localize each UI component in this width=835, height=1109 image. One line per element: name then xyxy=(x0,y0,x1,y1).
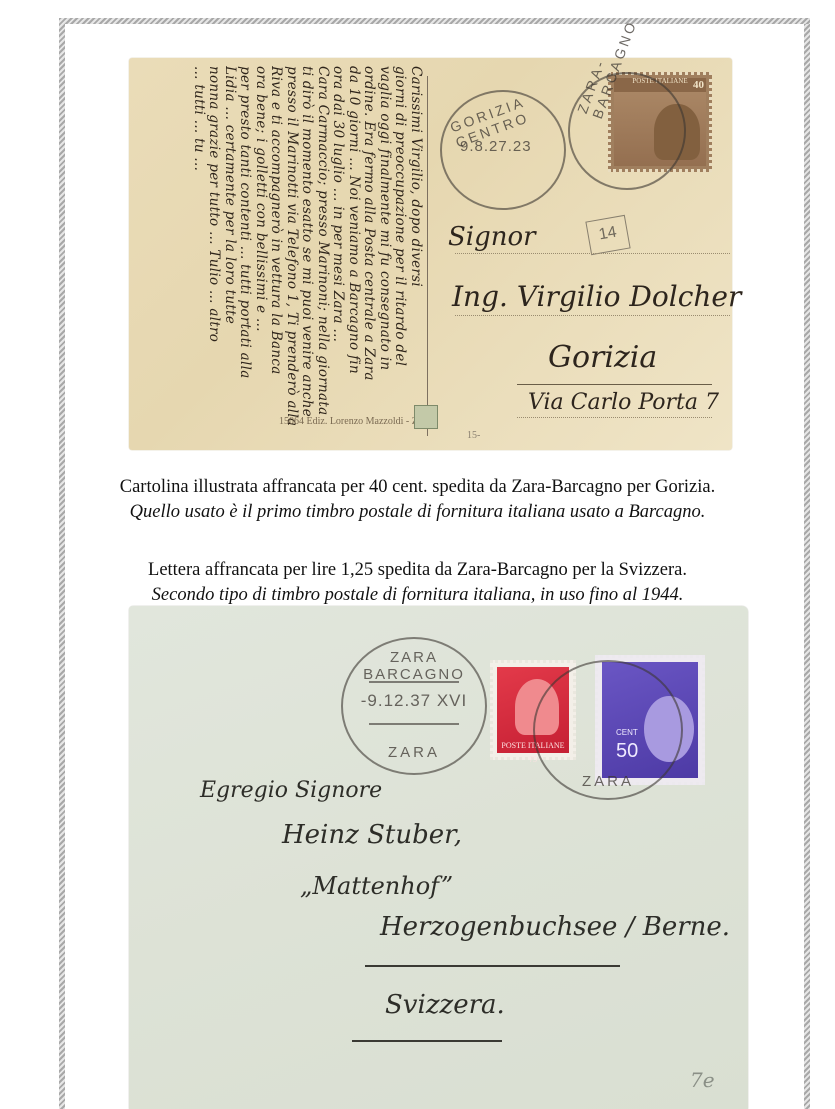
postcard-message: Carissimi Virgilio, dopo diversigiorni d… xyxy=(137,66,423,426)
postcard-address-name: Ing. Virgilio Dolcher xyxy=(452,280,741,313)
envelope-city: Herzogenbuchsee / Berne. xyxy=(380,912,730,942)
caption-envelope: Lettera affrancata per lire 1,25 spedita… xyxy=(0,558,835,608)
message-line: Riva e ti accompagnerò in vettura la Ban… xyxy=(268,66,284,426)
caption-postcard-line1: Cartolina illustrata affrancata per 40 c… xyxy=(0,475,835,500)
postmark-bottom-text: ZARA xyxy=(343,744,485,761)
message-line: ora bene; i golletti con bellissimi e ..… xyxy=(253,66,269,426)
publisher-logo-icon xyxy=(414,405,438,429)
message-line: presso il Marinotti via Telefono 1, Ti p… xyxy=(284,66,300,426)
envelope-name: Heinz Stuber, xyxy=(282,820,462,850)
message-line: Carissimi Virgilio, dopo diversi xyxy=(408,66,424,426)
message-line: Cara Carmaccio; presso Marinoni; nella g… xyxy=(315,66,331,426)
message-line: ... tutti ... tu ... xyxy=(191,66,207,426)
caption-postcard: Cartolina illustrata affrancata per 40 c… xyxy=(0,475,835,525)
postmark-date: 9.8.27.23 xyxy=(460,138,532,155)
envelope-house: „Mattenhof” xyxy=(300,872,453,900)
postmark-top-text: ZARA BARCAGNO xyxy=(343,649,485,683)
message-line: vaglia oggi finalmente mi fu consegnato … xyxy=(377,66,393,426)
postmark-zara-barcagno-1937: ZARA BARCAGNO -9.12.37 XVI ZARA xyxy=(341,637,487,775)
box-mark: 14 xyxy=(585,215,630,255)
postmark-bar xyxy=(369,723,459,725)
pencil-note: 15- xyxy=(467,430,480,441)
postmark-gorizia: GORIZIA CENTRO 9.8.27.23 xyxy=(440,90,566,210)
envelope-salutation: Egregio Signore xyxy=(200,778,382,803)
message-line: per presto tanti contenti ... tutti port… xyxy=(237,66,253,426)
envelope-country: Svizzera. xyxy=(385,990,505,1020)
caption-envelope-line1: Lettera affrancata per lire 1,25 spedita… xyxy=(0,558,835,583)
message-line: nonna grazie per tutto ... Tulio ... alt… xyxy=(206,66,222,426)
postcard-address-salutation: Signor xyxy=(448,222,536,252)
address-line xyxy=(455,315,730,316)
postmark-zara-barcagno-1923: ZARA-BARCAGNO xyxy=(568,72,686,190)
address-underline xyxy=(517,384,712,385)
publisher-imprint: 15064 Ediz. Lorenzo Mazzoldi - Zara xyxy=(279,416,430,427)
message-line: ordine. Era fermo alla Posta centrale a … xyxy=(361,66,377,426)
postcard-address-street: Via Carlo Porta 7 xyxy=(528,390,719,415)
postmark-bottom-text: ZARA xyxy=(535,773,681,790)
handwritten-message-lines: Carissimi Virgilio, dopo diversigiorni d… xyxy=(137,66,423,426)
caption-postcard-line2: Quello usato è il primo timbro postale d… xyxy=(0,500,835,525)
postmark-date: -9.12.37 XVI xyxy=(343,691,485,711)
address-line xyxy=(455,253,730,254)
city-underline xyxy=(365,965,620,967)
stamp-value: 40 xyxy=(693,79,704,91)
postmark-zara-on-stamps: ZARA xyxy=(533,660,683,800)
pencil-note: 7e xyxy=(690,1068,715,1092)
message-line: Lidia ... certamente per la loro tutte xyxy=(222,66,238,426)
postcard-address-city: Gorizia xyxy=(548,340,657,375)
message-line: ti dirò il momento esatto se mi puoi ven… xyxy=(299,66,315,426)
postcard-divider-line xyxy=(427,76,428,436)
message-line: da 10 giorni ... Noi veniamo a Barcagno … xyxy=(346,66,362,426)
message-line: giorni di preoccupazione per il ritardo … xyxy=(392,66,408,426)
address-line xyxy=(517,417,712,418)
message-line: ora dai 30 luglio ... in per mesi Zara .… xyxy=(330,66,346,426)
postmark-bar xyxy=(369,681,459,683)
country-underline xyxy=(352,1040,502,1042)
caption-envelope-line2: Secondo tipo di timbro postale di fornit… xyxy=(0,583,835,608)
